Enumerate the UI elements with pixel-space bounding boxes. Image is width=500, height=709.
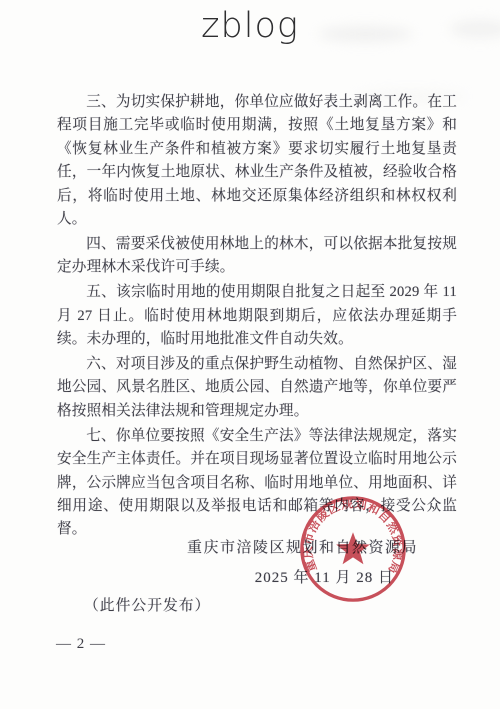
scan-smudge xyxy=(318,26,413,42)
document-paragraph-4: 四、需要采伐被使用林地上的林木，可以依据本批复按规定办理林木采伐许可手续。 xyxy=(57,233,457,280)
star-icon xyxy=(336,532,370,564)
public-release-note: （此件公开发布） xyxy=(84,596,210,617)
document-paragraph-6: 六、对项目涉及的重点保护野生动植物、自然保护区、湿地公园、风景名胜区、地质公园、… xyxy=(57,353,457,423)
document-body: 三、为切实保护耕地，你单位应做好表土剥离工作。在工程项目施工完毕或临时使用期满，… xyxy=(57,91,457,543)
document-paragraph-5: 五、该宗临时用地的使用期限自批复之日起至 2029 年 11 月 27 日止。临… xyxy=(57,281,457,351)
page-number: — 2 — xyxy=(56,634,106,655)
site-title[interactable]: zblog xyxy=(0,6,500,46)
document-paragraph-3: 三、为切实保护耕地，你单位应做好表土剥离工作。在工程项目施工完毕或临时使用期满，… xyxy=(57,91,457,231)
official-seal: 重庆市涪陵区规划和自然资源局 xyxy=(294,490,412,608)
page: zblog 三、为切实保护耕地，你单位应做好表土剥离工作。在工程项目施工完毕或临… xyxy=(0,0,500,709)
